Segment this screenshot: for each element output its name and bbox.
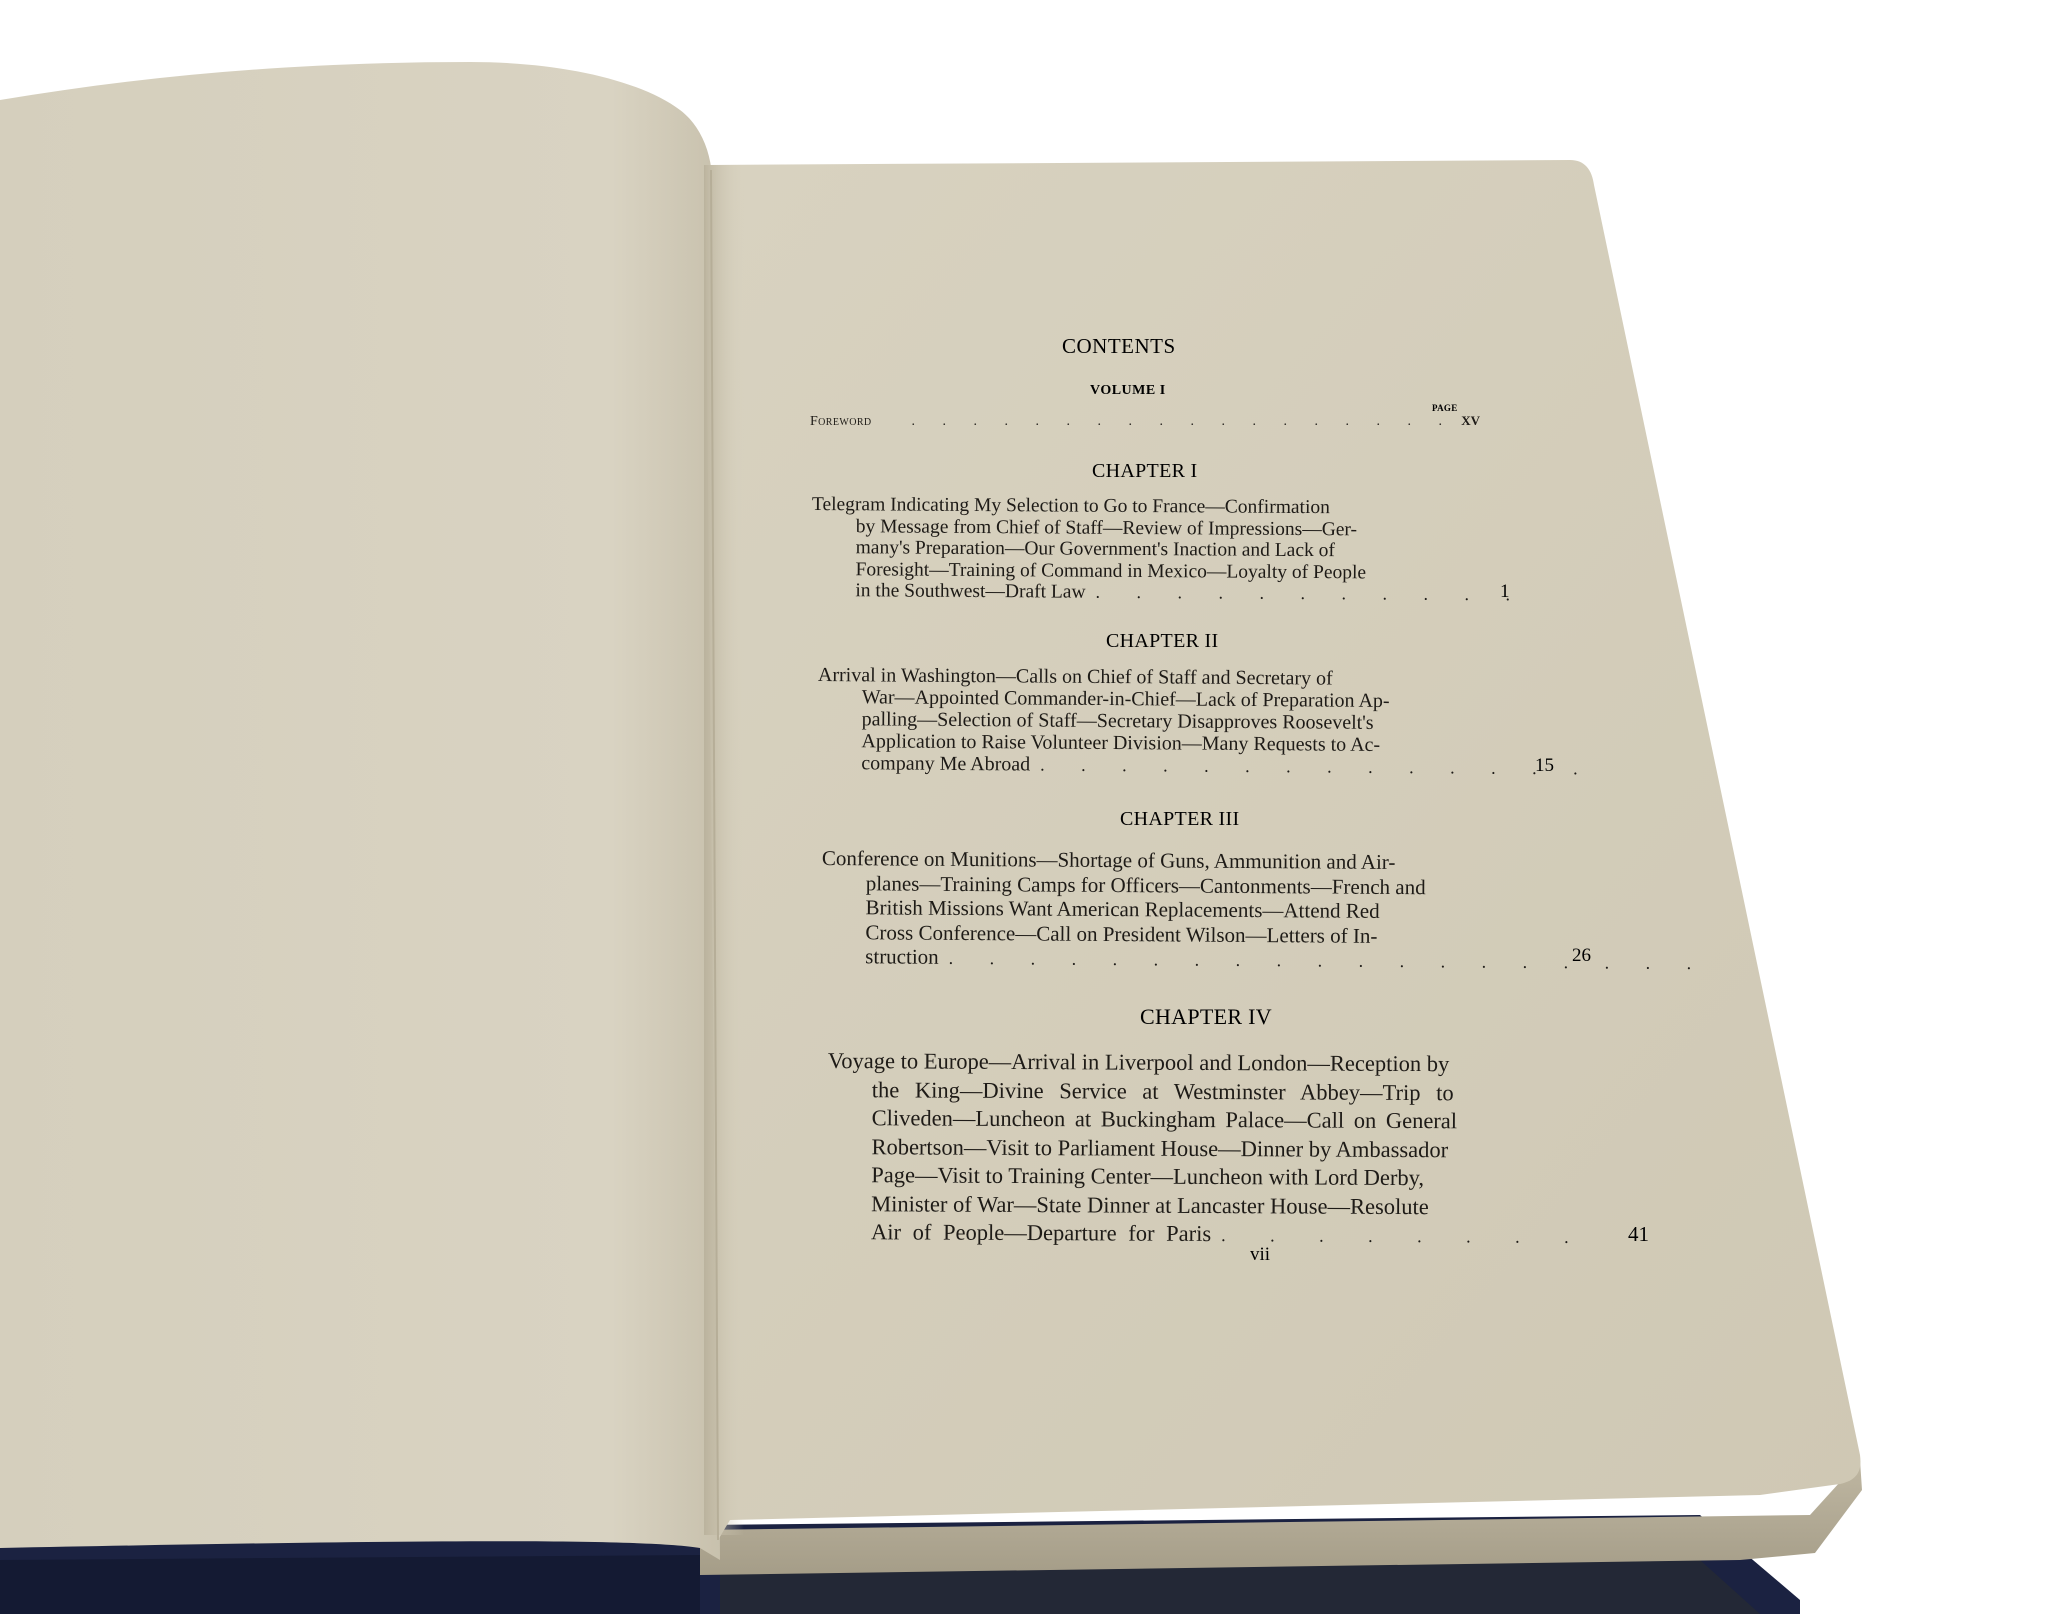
toc-entry-foreword: Foreword . . . . . . . . . . . . . . . .… — [810, 413, 1480, 430]
chapter-4-page-number: 41 — [1628, 1222, 1649, 1247]
dot-leader: . . . . . . . . . . . — [1096, 582, 1527, 606]
summary-line: struction — [865, 944, 939, 969]
contents-heading: CONTENTS — [1062, 334, 1176, 359]
open-book-photo: CONTENTS VOLUME I PAGE Foreword . . . . … — [0, 0, 2048, 1614]
foreword-page-number: xv — [1461, 413, 1480, 429]
dot-leader: . . . . . . . . — [1221, 1221, 1589, 1251]
chapter-3-page-number: 26 — [1572, 945, 1591, 967]
summary-line: Voyage to Europe—Arrival in Liverpool an… — [828, 1047, 1590, 1079]
chapter-4-heading: CHAPTER IV — [1140, 1004, 1272, 1030]
page-column-label: PAGE — [1432, 403, 1458, 413]
dot-leader: . . . . . . . . . . . . . . . . . . — [912, 414, 1452, 430]
summary-line: Air of People—Departure for Paris — [871, 1218, 1211, 1248]
open-book-illustration — [0, 0, 2048, 1614]
summary-last-line: in the Southwest—Draft Law . . . . . . .… — [811, 580, 1526, 606]
summary-last-line: Air of People—Departure for Paris . . . … — [827, 1218, 1589, 1251]
summary-line: Page—Visit to Training Center—Luncheon w… — [827, 1161, 1589, 1193]
chapter-2-summary: Arrival in Washington—Calls on Chief of … — [817, 664, 1594, 779]
dot-leader: . . . . . . . . . . . . . . — [1040, 754, 1594, 780]
chapter-1-summary: Telegram Indicating My Selection to Go t… — [811, 494, 1526, 606]
chapter-4-summary: Voyage to Europe—Arrival in Liverpool an… — [827, 1047, 1590, 1251]
summary-line: company Me Abroad — [861, 752, 1030, 775]
summary-line: in the Southwest—Draft Law — [855, 580, 1085, 603]
chapter-2-heading: CHAPTER II — [1106, 630, 1218, 653]
summary-line: Cliveden—Luncheon at Buckingham Palace—C… — [828, 1104, 1590, 1136]
chapter-3-heading: CHAPTER III — [1120, 808, 1239, 831]
summary-line: Robertson—Visit to Parliament House—Dinn… — [827, 1132, 1589, 1164]
foreword-label: Foreword — [810, 414, 872, 430]
left-page — [0, 62, 720, 1560]
chapter-1-heading: CHAPTER I — [1092, 460, 1197, 483]
chapter-2-page-number: 15 — [1535, 755, 1554, 777]
summary-line: the King—Divine Service at Westminster A… — [828, 1075, 1590, 1107]
volume-heading: VOLUME I — [1090, 383, 1166, 399]
summary-line: Minister of War—State Dinner at Lancaste… — [827, 1189, 1589, 1221]
chapter-1-page-number: 1 — [1500, 581, 1510, 603]
page-folio: vii — [1250, 1244, 1270, 1266]
